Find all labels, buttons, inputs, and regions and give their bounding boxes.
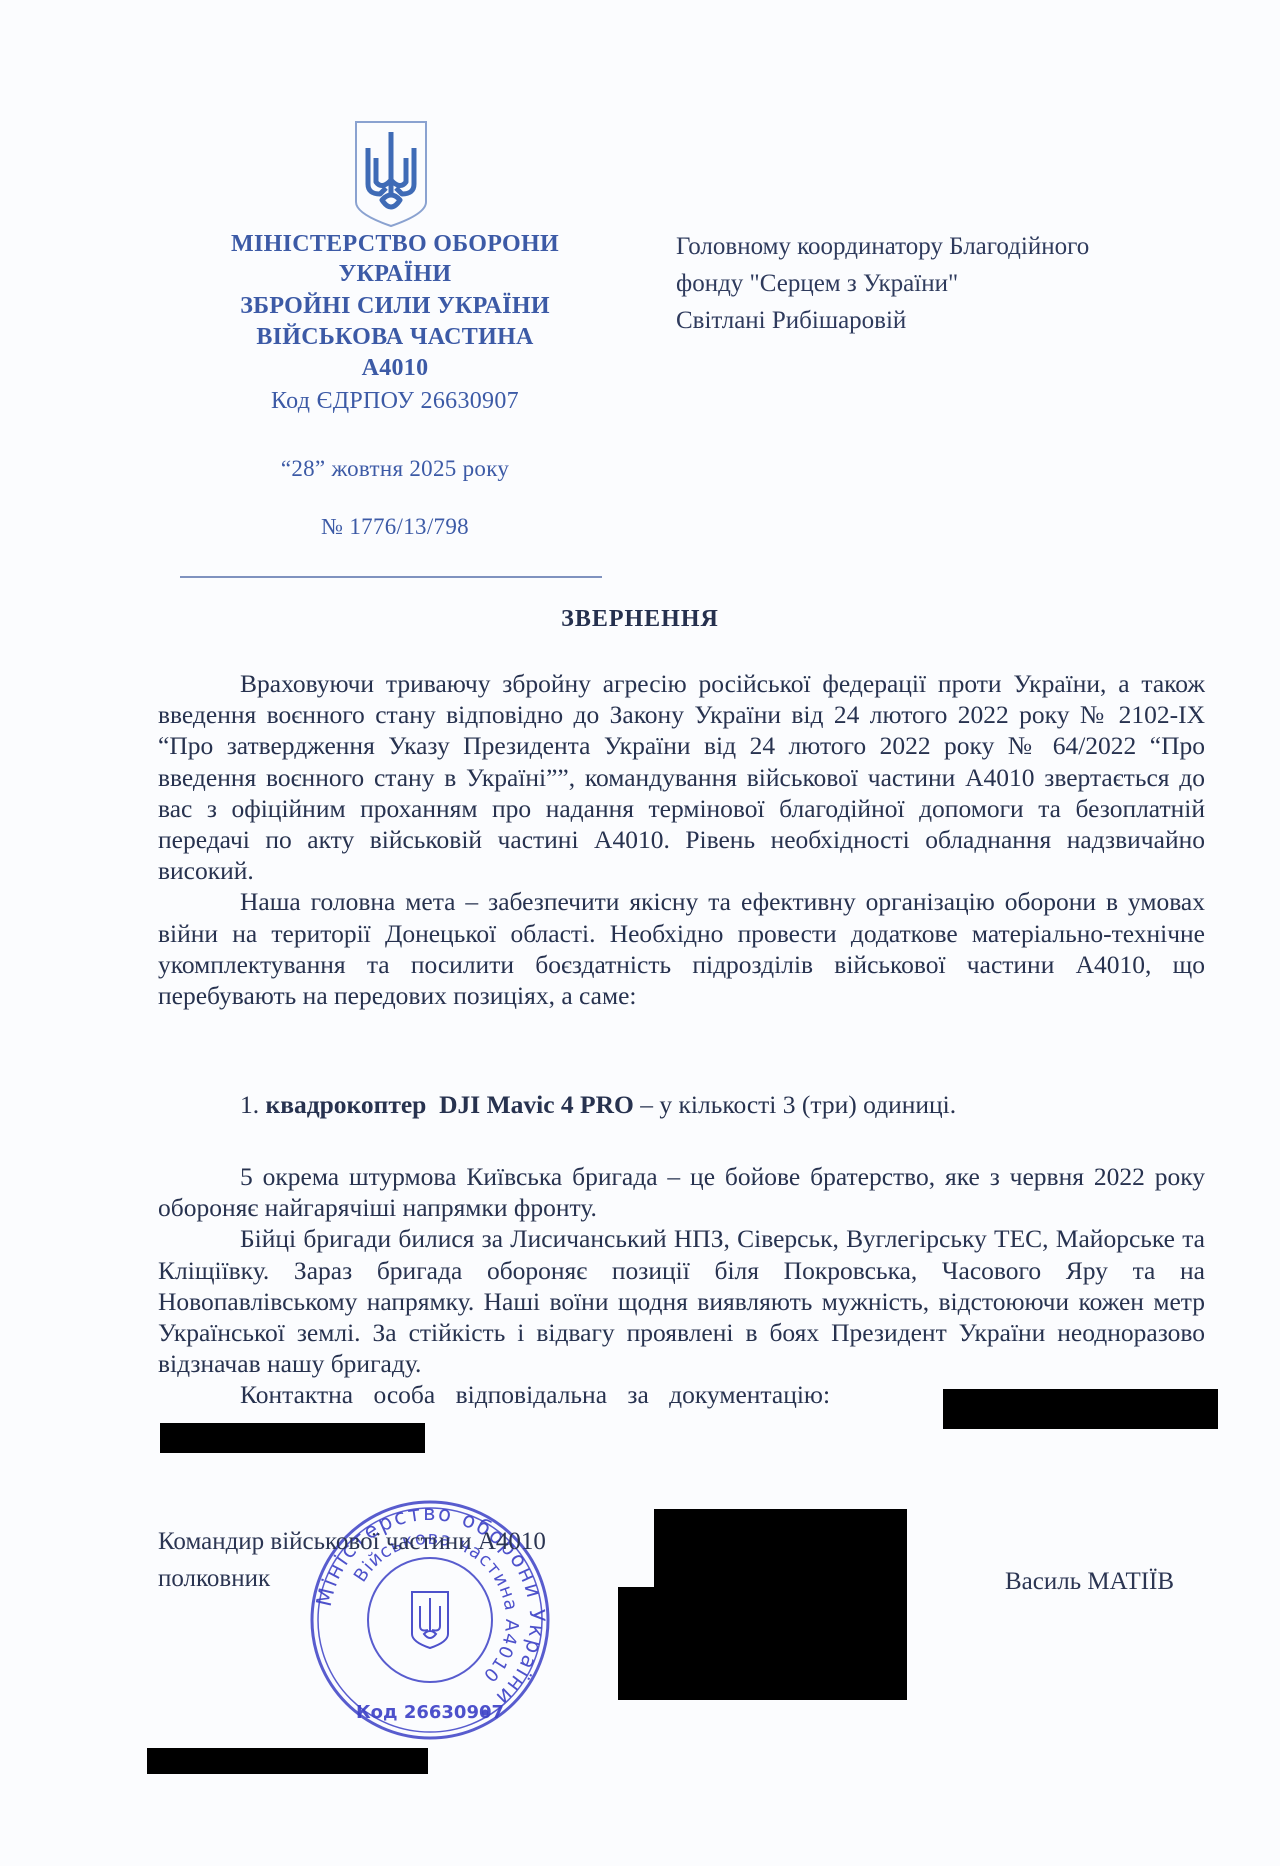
paragraph-appeal: Враховуючи триваючу збройну агресію росі… bbox=[158, 668, 1205, 886]
redaction-contact-name bbox=[943, 1389, 1218, 1429]
coat-of-arms-icon bbox=[352, 118, 430, 230]
body-section-1: Враховуючи триваючу збройну агресію росі… bbox=[158, 668, 1205, 1011]
document-number: № 1776/13/798 bbox=[180, 511, 610, 543]
org-line: ЗБРОЙНІ СИЛИ УКРАЇНИ bbox=[180, 290, 610, 322]
signer-rank: полковник bbox=[158, 1565, 270, 1593]
addressee-line: Світлані Рибішаровій bbox=[676, 302, 1089, 339]
org-line: ВІЙСЬКОВА ЧАСТИНА bbox=[180, 321, 610, 353]
addressee-line: фонду "Серцем з України" bbox=[676, 265, 1089, 302]
edrpou-code: Код ЄДРПОУ 26630907 bbox=[180, 385, 610, 417]
item-quantity: – у кількості 3 (три) одиниці. bbox=[634, 1090, 956, 1119]
document-title: ЗВЕРНЕННЯ bbox=[0, 606, 1280, 633]
redaction-signature-top bbox=[654, 1509, 907, 1589]
request-list: 1. квадрокоптер DJI Mavic 4 PRO – у кіль… bbox=[158, 1089, 1205, 1120]
signer-name: Василь МАТІЇВ bbox=[1005, 1568, 1174, 1596]
signer-position: Командир військової частини А4010 bbox=[158, 1528, 546, 1556]
redaction-signature bbox=[618, 1587, 907, 1700]
org-line: МІНІСТЕРСТВО ОБОРОНИ bbox=[180, 228, 610, 260]
org-line: УКРАЇНИ bbox=[180, 258, 610, 290]
item-number: 1. bbox=[240, 1090, 259, 1119]
body-section-2: 5 окрема штурмова Київська бригада – це … bbox=[158, 1161, 1205, 1411]
request-item: 1. квадрокоптер DJI Mavic 4 PRO – у кіль… bbox=[158, 1089, 1205, 1120]
paragraph-battles: Бійці бригади билися за Лисичанський НПЗ… bbox=[158, 1223, 1205, 1379]
unit-number: А4010 bbox=[180, 352, 610, 384]
paragraph-goal: Наша головна мета – забезпечити якісну т… bbox=[158, 886, 1205, 1011]
addressee-line: Головному координатору Благодійного bbox=[676, 228, 1089, 265]
item-name: квадрокоптер DJI Mavic 4 PRO bbox=[266, 1090, 634, 1119]
redaction-executor bbox=[147, 1748, 428, 1774]
header-divider bbox=[180, 576, 602, 578]
redaction-contact-phone bbox=[160, 1423, 425, 1453]
document-date: “28” жовтня 2025 року bbox=[180, 453, 610, 485]
paragraph-brigade: 5 окрема штурмова Київська бригада – це … bbox=[158, 1161, 1205, 1223]
addressee-block: Головному координатору Благодійного фонд… bbox=[676, 228, 1089, 339]
stamp-code: Код 26630907 bbox=[356, 1702, 504, 1723]
